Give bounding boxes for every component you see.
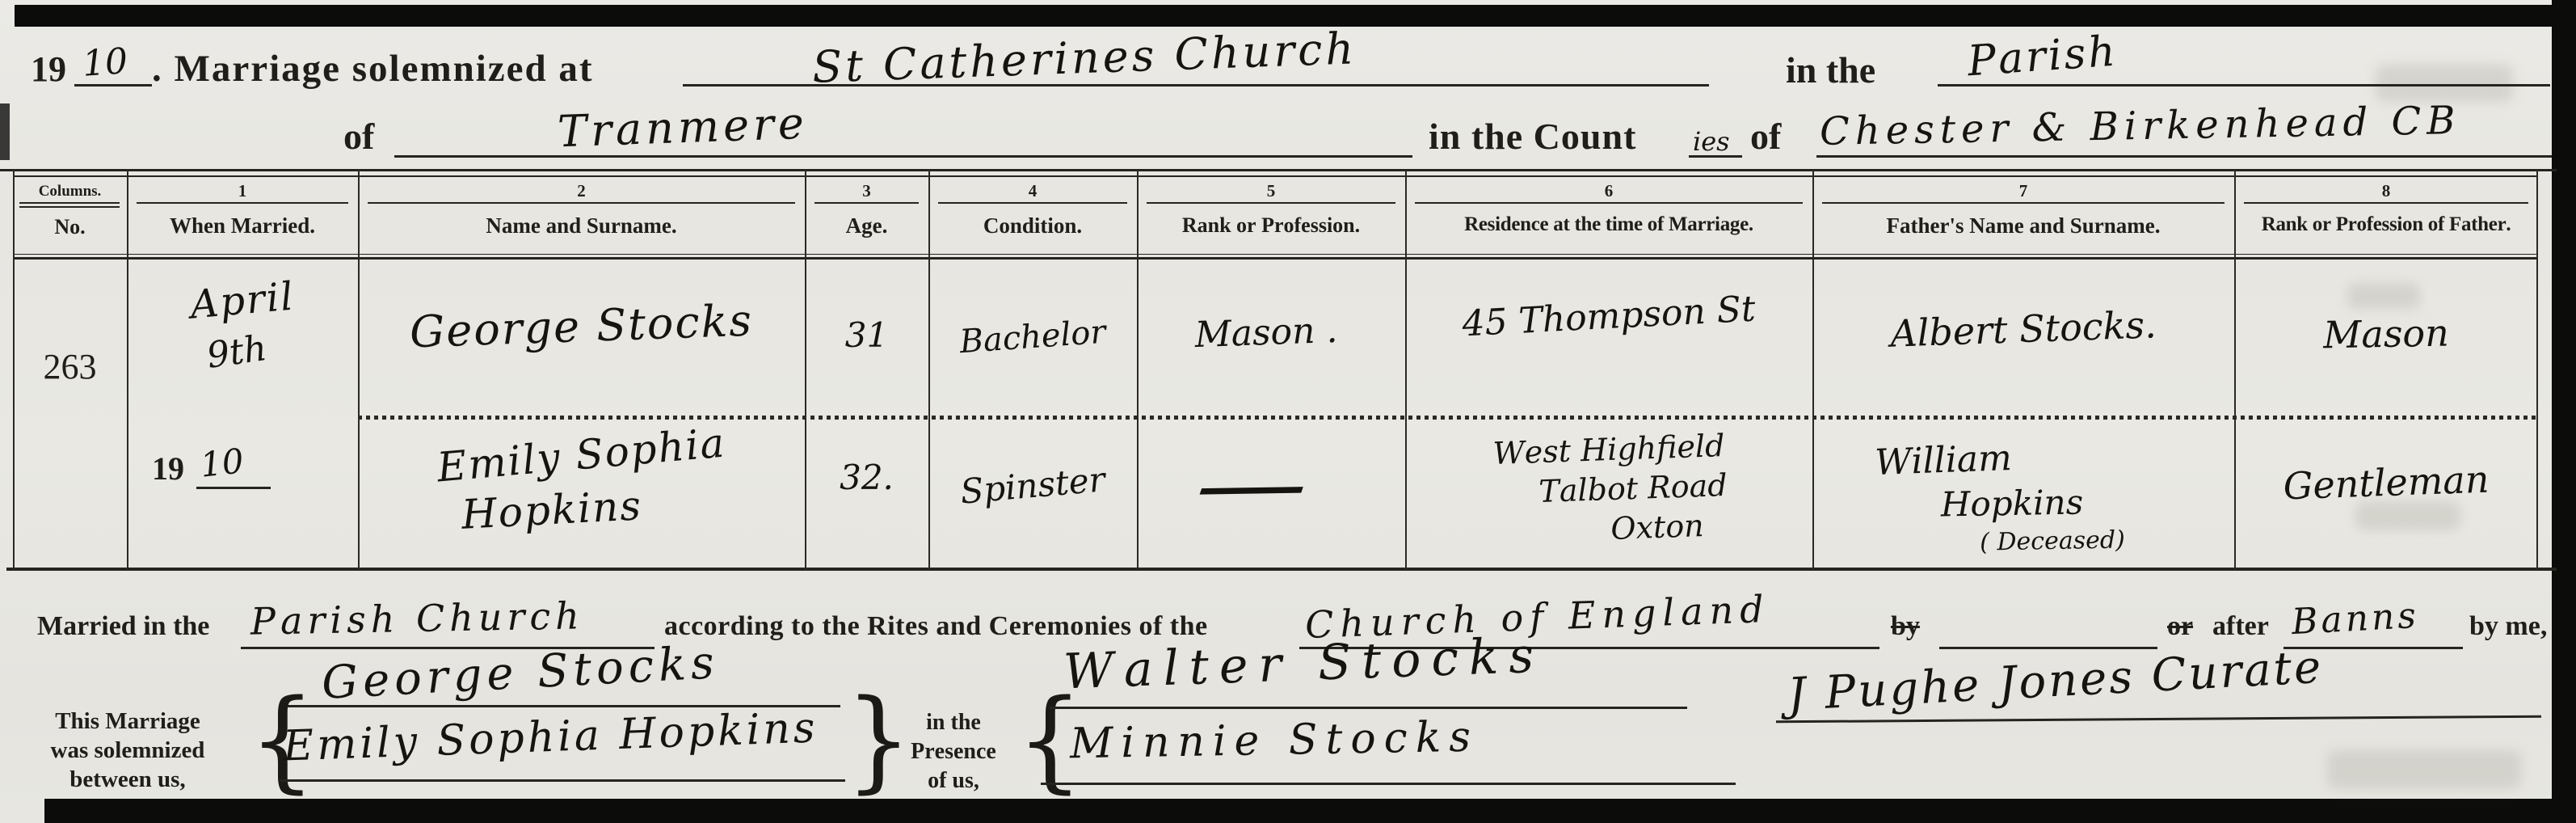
column-header-no: No. — [13, 215, 127, 239]
column-header-age: Age. — [805, 213, 928, 238]
signature-underline — [1776, 715, 2541, 724]
column-number: 5 — [1137, 181, 1405, 201]
blank-underline — [1816, 155, 2552, 158]
column-header-rank-profession: Rank or Profession. — [1137, 213, 1405, 238]
rule — [0, 169, 2557, 171]
bride-age: 32. — [805, 458, 928, 497]
rites-label: according to the Rites and Ceremonies of… — [664, 611, 1208, 642]
scan-smudge-left — [0, 103, 10, 160]
column-header-father-name: Father's Name and Surname. — [1812, 213, 2234, 238]
blank-underline — [1939, 647, 2157, 649]
rule — [368, 202, 795, 204]
bride-father-name-line2: Hopkins — [1842, 480, 2182, 525]
bleed-through-mark — [2327, 750, 2521, 789]
rule — [938, 202, 1127, 204]
presence-line2: Presence — [885, 737, 1022, 766]
scan-border-top — [15, 5, 2576, 27]
handwritten-parish: Parish — [1966, 27, 2119, 87]
rule — [13, 254, 2538, 255]
handwritten-county: Chester & Birkenhead CB — [1820, 98, 2461, 154]
handwritten-county-suffix: ies — [1693, 126, 1730, 157]
officiant-signature: J Pughe Jones Curate — [1787, 641, 2325, 722]
solemnized-at-label: . Marriage solemnized at — [152, 47, 594, 91]
column-header-condition: Condition. — [928, 213, 1137, 238]
handwritten-place-of-marriage: St Catherines Church — [811, 23, 1357, 92]
groom-residence: 45 Thompson St — [1404, 285, 1813, 348]
groom-father-name: Albert Stocks. — [1812, 300, 2235, 358]
bride-father-name-line3: ( Deceased) — [1883, 524, 2223, 558]
county-label: in the Count — [1429, 115, 1636, 158]
rule — [13, 257, 2538, 260]
signature-underline — [1041, 783, 1736, 785]
married-in-label: Married in the — [37, 611, 209, 642]
column-header-when-married: When Married. — [127, 213, 358, 238]
handwritten-banns: Banns — [2291, 595, 2420, 643]
handwritten-township: Tranmere — [557, 98, 809, 158]
groom-rank: Mason . — [1136, 307, 1396, 357]
attestation-left-line1: This Marriage — [6, 707, 249, 736]
in-the-label: in the — [1786, 49, 1875, 91]
by-label-struck: by — [1891, 611, 1920, 642]
bride-rank-dash: — — [1192, 456, 1310, 518]
column-number: 2 — [358, 181, 805, 201]
entry-number: 263 — [13, 346, 127, 387]
column-number: 4 — [928, 181, 1137, 201]
presence-line1: in the — [885, 708, 1022, 737]
blank-underline — [196, 487, 271, 489]
attestation-left-line3: between us, — [6, 765, 249, 794]
blank-underline — [1938, 84, 2550, 87]
groom-condition: Bachelor — [928, 311, 1139, 363]
attestation-left-line2: was solemnized — [6, 736, 249, 765]
printed-year-prefix: 19 — [152, 449, 184, 487]
handwritten-building: Parish Church — [250, 593, 585, 643]
by-me-label: by me, — [2469, 611, 2547, 642]
column-header-name-surname: Name and Surname. — [358, 213, 805, 238]
blank-underline — [1689, 155, 1742, 158]
rule — [1822, 202, 2225, 204]
scan-border-bottom — [44, 799, 2576, 823]
marriage-register-scan: 19 10 . Marriage solemnized at St Cather… — [0, 0, 2576, 823]
county-of-label: of — [1750, 115, 1781, 158]
blank-underline — [394, 155, 1412, 158]
scan-border-right — [2552, 0, 2576, 823]
bleed-through-mark — [2347, 283, 2420, 309]
rule — [814, 202, 919, 204]
groom-father-rank: Mason — [2234, 310, 2539, 359]
column-number: 8 — [2234, 181, 2538, 201]
handwritten-year: 10 — [199, 441, 246, 484]
groom-name: George Stocks — [357, 293, 806, 359]
groom-age: 31 — [805, 315, 928, 355]
column-header-residence: Residence at the time of Marriage. — [1405, 213, 1812, 236]
presence-label: in the Presence of us, — [885, 708, 1022, 796]
column-number: 3 — [805, 181, 928, 201]
bride-father-name-line1: William — [1773, 434, 2114, 487]
column-number: 7 — [1812, 181, 2234, 201]
rule — [19, 206, 120, 208]
bleed-through-mark — [2355, 501, 2460, 530]
rule — [1147, 202, 1395, 204]
rule — [13, 175, 2538, 177]
blank-underline — [683, 84, 1709, 87]
column-number: 1 — [127, 181, 358, 201]
rule — [1415, 202, 1803, 204]
columns-caption: Columns. — [13, 183, 127, 200]
rule — [2244, 202, 2528, 204]
dotted-row-divider — [358, 416, 2536, 420]
presence-line3: of us, — [885, 766, 1022, 796]
handwritten-year: 10 — [81, 40, 128, 85]
rule — [137, 202, 348, 204]
column-number: 6 — [1405, 181, 1812, 201]
bride-condition: Spinster — [927, 457, 1138, 514]
rule — [6, 568, 2557, 571]
bleed-through-mark — [2376, 65, 2513, 102]
column-header-father-rank: Rank or Profession of Father. — [2234, 213, 2538, 236]
or-label-struck: or — [2167, 611, 2193, 642]
signature-underline — [1049, 707, 1687, 709]
after-label: after — [2212, 611, 2269, 642]
bride-father-rank: Gentleman — [2233, 455, 2539, 509]
rule — [19, 202, 120, 204]
of-label: of — [343, 115, 374, 158]
blank-underline — [74, 84, 152, 87]
signature-underline — [280, 779, 845, 782]
witness2-signature: Minnie Stocks — [1070, 713, 1480, 769]
printed-year-prefix: 19 — [31, 49, 66, 90]
attestation-left-label: This Marriage was solemnized between us, — [6, 707, 249, 794]
bride-signature: Emily Sophia Hopkins — [282, 703, 819, 770]
